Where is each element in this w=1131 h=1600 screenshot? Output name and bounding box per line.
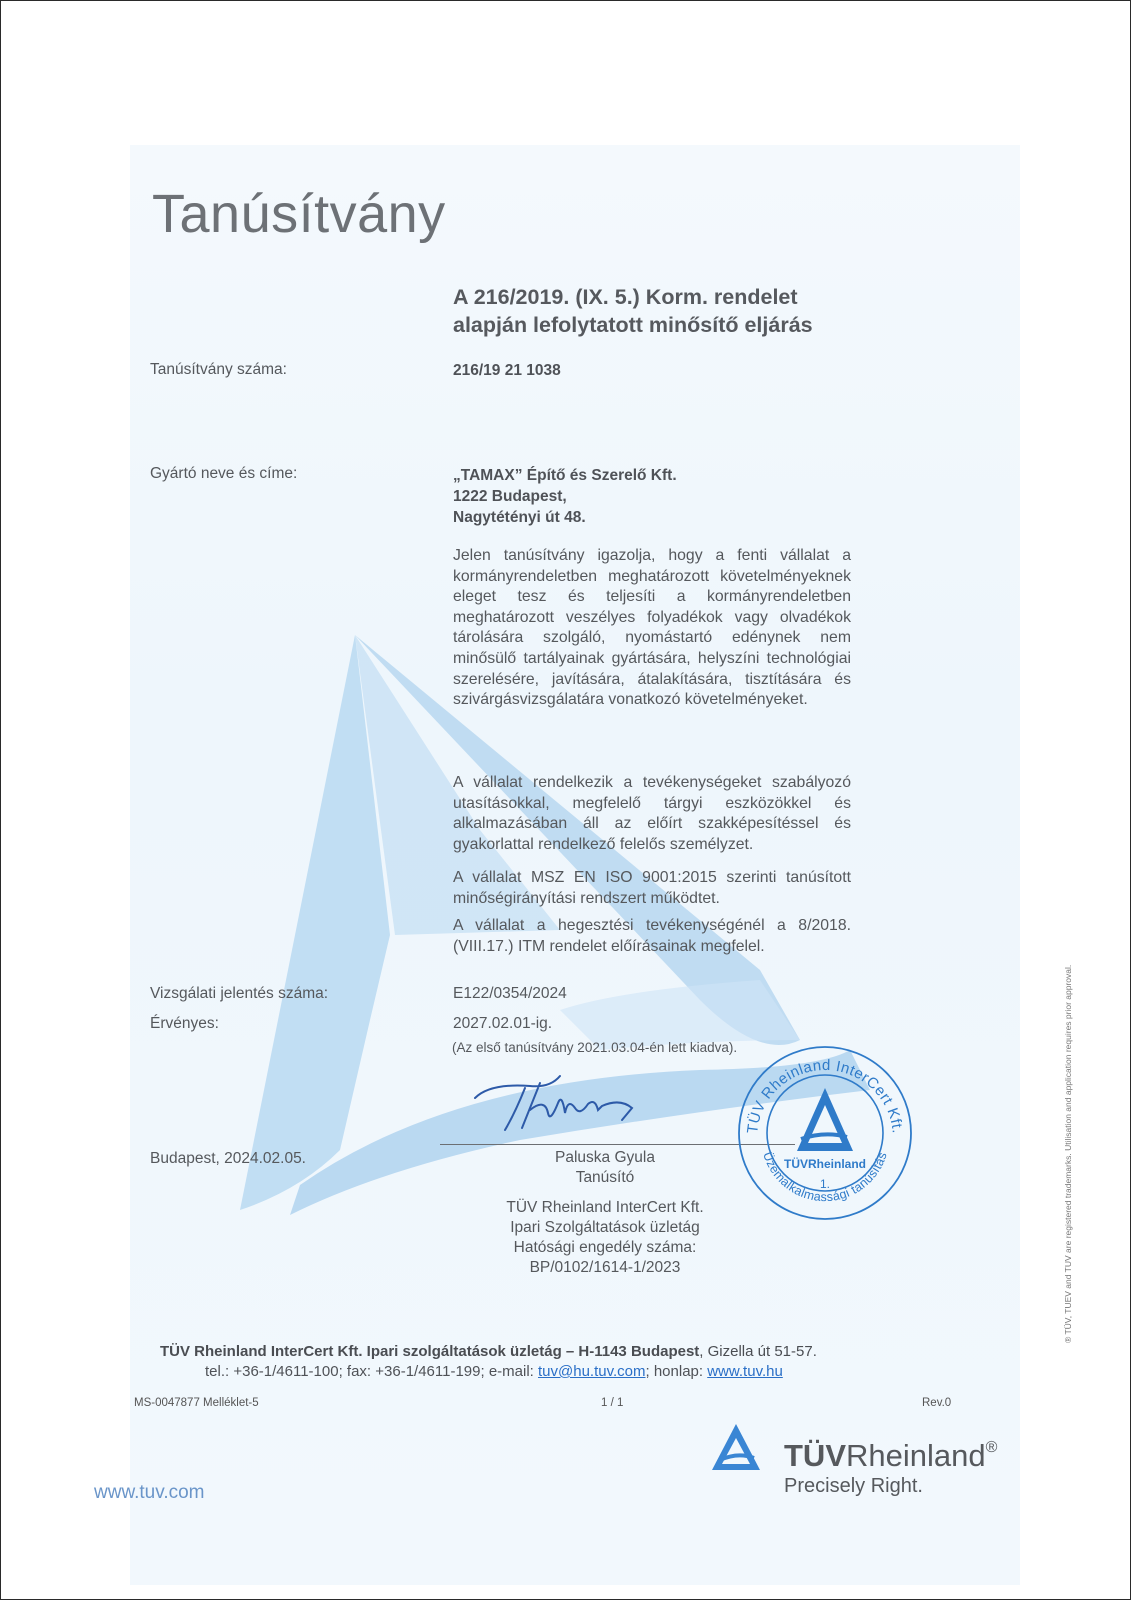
tuv-logo-triangle-icon [710,1420,772,1476]
manufacturer-details: „TAMAX” Építő és Szerelő Kft. 1222 Budap… [453,465,677,528]
document-code: MS-0047877 Melléklet-5 [134,1397,259,1409]
manufacturer-name: „TAMAX” Építő és Szerelő Kft. [453,465,677,486]
manufacturer-street: Nagytétényi út 48. [453,507,677,528]
tuv-website[interactable]: www.tuv.com [94,1482,205,1504]
issuer-block: TÜV Rheinland InterCert Kft. Ipari Szolg… [440,1198,770,1278]
footer-contact-sep: ; honlap: [646,1363,708,1380]
footer-address-street: , Gizella út 51-57. [699,1343,817,1360]
page-number: 1 / 1 [601,1397,623,1409]
official-stamp-icon: TÜV Rheinland InterCert Kft. Üzemalkalma… [735,1043,915,1223]
svg-text:TÜVRheinland: TÜVRheinland [784,1156,866,1171]
body-paragraph-welding: A vállalat a hegesztési tevékenységénél … [453,916,851,957]
body-paragraph-certification: Jelen tanúsítvány igazolja, hogy a fenti… [453,546,851,711]
first-issue-note: (Az első tanúsítvány 2021.03.04-én lett … [452,1040,737,1055]
signature-icon [470,1068,650,1138]
trademark-note: ® TÜV, TUEV and TUV are registered trade… [1063,965,1073,1343]
signatory-name: Paluska Gyula [440,1148,770,1168]
logo-tagline: Precisely Right. [784,1475,923,1498]
tuv-rheinland-logo: TÜVRheinland® [784,1438,997,1474]
issuer-line: Ipari Szolgáltatások üzletág [440,1218,770,1238]
footer-contact-phones: tel.: +36-1/4611-100; fax: +36-1/4611-19… [205,1363,538,1380]
certificate-number-label: Tanúsítvány száma: [150,361,287,379]
website-link[interactable]: www.tuv.hu [707,1363,783,1380]
logo-bold-part: TÜV [784,1438,846,1473]
signatory-role: Tanúsító [440,1168,770,1188]
registered-mark: ® [986,1439,998,1456]
issuer-line: TÜV Rheinland InterCert Kft. [440,1198,770,1218]
regulation-heading-line: alapján lefolytatott minősítő eljárás [453,311,813,339]
regulation-heading: A 216/2019. (IX. 5.) Korm. rendelet alap… [453,283,813,339]
manufacturer-label: Gyártó neve és címe: [150,465,297,483]
revision: Rev.0 [922,1397,951,1409]
body-paragraph-personnel: A vállalat rendelkezik a tevékenységeket… [453,773,851,855]
test-report-value: E122/0354/2024 [453,985,567,1003]
regulation-heading-line: A 216/2019. (IX. 5.) Korm. rendelet [453,283,813,311]
issuer-line: BP/0102/1614-1/2023 [440,1258,770,1278]
footer-address: TÜV Rheinland InterCert Kft. Ipari szolg… [160,1343,817,1360]
certificate-number-value: 216/19 21 1038 [453,360,561,381]
email-link[interactable]: tuv@hu.tuv.com [538,1363,646,1380]
test-report-label: Vizsgálati jelentés száma: [150,985,328,1003]
footer-contact: tel.: +36-1/4611-100; fax: +36-1/4611-19… [205,1363,783,1380]
logo-regular-part: Rheinland [846,1438,986,1473]
svg-text:1.: 1. [820,1177,830,1191]
validity-value: 2027.02.01-ig. [453,1015,552,1033]
issuer-line: Hatósági engedély száma: [440,1238,770,1258]
footer-address-part: TÜV Rheinland InterCert Kft. Ipari szolg… [160,1343,631,1360]
signatory-block: Paluska Gyula Tanúsító [440,1148,770,1188]
place-date: Budapest, 2024.02.05. [150,1150,306,1168]
body-paragraph-iso: A vállalat MSZ EN ISO 9001:2015 szerinti… [453,868,851,909]
document-title: Tanúsítvány [152,183,446,245]
validity-label: Érvényes: [150,1015,219,1033]
footer-address-city: Budapest [631,1343,699,1360]
manufacturer-city: 1222 Budapest, [453,486,677,507]
